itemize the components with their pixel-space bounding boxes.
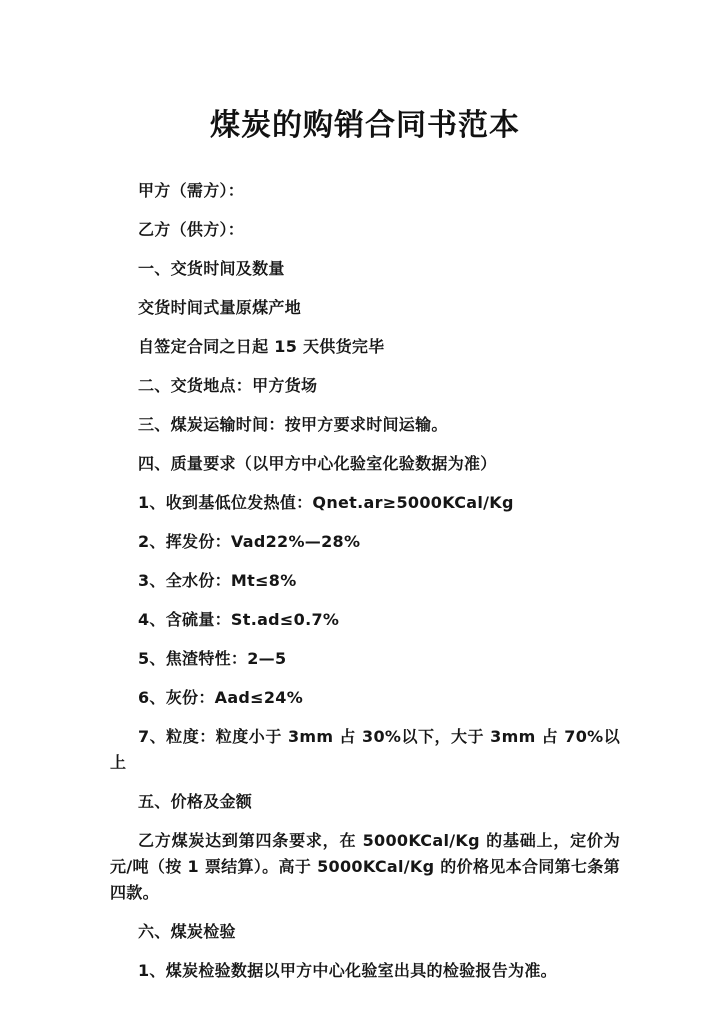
quality-item-5-coke-residue: 5、焦渣特性：2—5	[110, 646, 620, 672]
section-3-heading: 三、煤炭运输时间：按甲方要求时间运输。	[110, 412, 620, 438]
section-4-heading: 四、质量要求（以甲方中心化验室化验数据为准）	[110, 451, 620, 477]
quality-item-6-ash: 6、灰份：Aad≤24%	[110, 685, 620, 711]
document-page: 煤炭的购销合同书范本 甲方（需方）： 乙方（供方）： 一、交货时间及数量 交货时…	[0, 0, 720, 1017]
quality-item-4-sulfur: 4、含硫量：St.ad≤0.7%	[110, 607, 620, 633]
paragraph-party-a: 甲方（需方）：	[110, 178, 620, 204]
line-delivery-origin: 交货时间式量原煤产地	[110, 295, 620, 321]
section-6-heading: 六、煤炭检验	[110, 919, 620, 945]
inspection-item-1: 1、煤炭检验数据以甲方中心化验室出具的检验报告为准。	[110, 958, 620, 984]
document-body: 甲方（需方）： 乙方（供方）： 一、交货时间及数量 交货时间式量原煤产地 自签定…	[110, 178, 620, 984]
price-paragraph: 乙方煤炭达到第四条要求，在 5000KCal/Kg 的基础上，定价为元/吨（按 …	[110, 828, 620, 906]
line-delivery-deadline: 自签定合同之日起 15 天供货完毕	[110, 334, 620, 360]
document-title: 煤炭的购销合同书范本	[110, 104, 620, 148]
section-1-heading: 一、交货时间及数量	[110, 256, 620, 282]
section-5-heading: 五、价格及金额	[110, 789, 620, 815]
quality-item-2-volatile: 2、挥发份：Vad22%—28%	[110, 529, 620, 555]
section-2-heading: 二、交货地点：甲方货场	[110, 373, 620, 399]
quality-item-1-heating-value: 1、收到基低位发热值：Qnet.ar≥5000KCal/Kg	[110, 490, 620, 516]
quality-item-7-granularity: 7、粒度：粒度小于 3mm 占 30%以下，大于 3mm 占 70%以上	[110, 724, 620, 776]
quality-item-3-moisture: 3、全水份：Mt≤8%	[110, 568, 620, 594]
paragraph-party-b: 乙方（供方）：	[110, 217, 620, 243]
